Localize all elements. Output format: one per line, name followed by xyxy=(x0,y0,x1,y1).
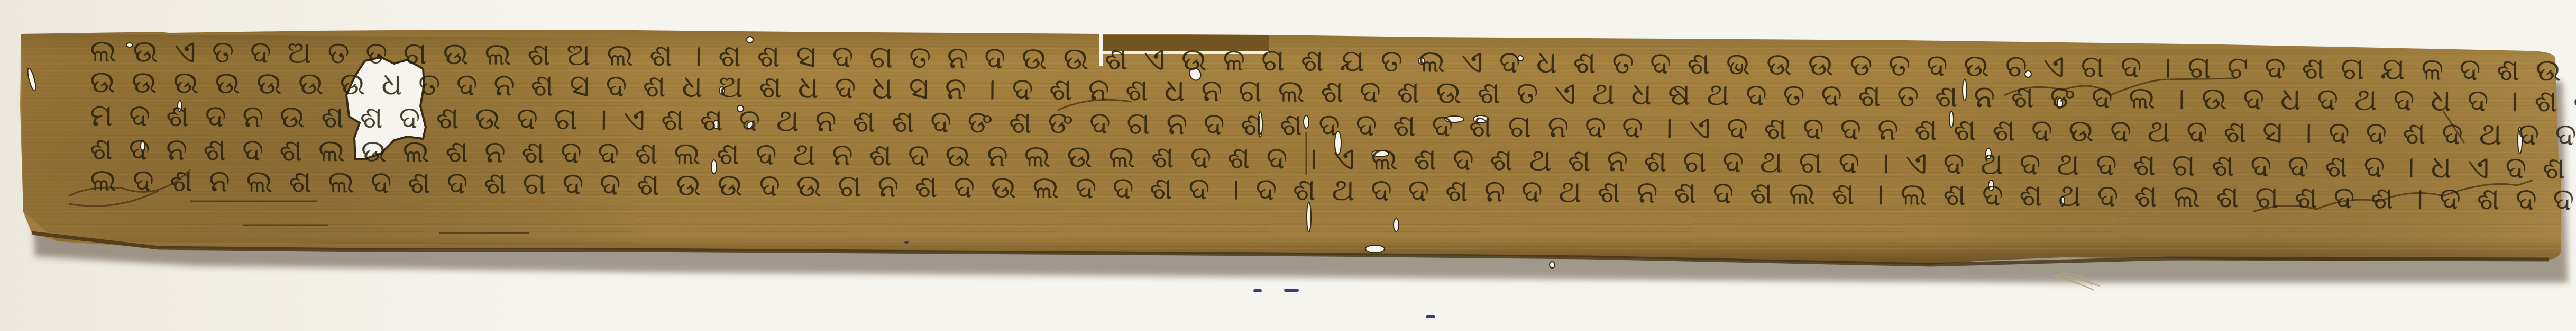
manuscript-photograph: ଲ ଉ ଏ ତ ଦ ଅ ତ ତ ଗ ଉ ଲ ଶ ଅ ଲ ଶ । ଶ ଶ ସ ଦ … xyxy=(0,0,2576,331)
ink-mark xyxy=(1253,289,1262,292)
ink-mark xyxy=(904,241,909,244)
ink-mark xyxy=(1284,289,1299,292)
ink-mark xyxy=(1426,315,1435,318)
